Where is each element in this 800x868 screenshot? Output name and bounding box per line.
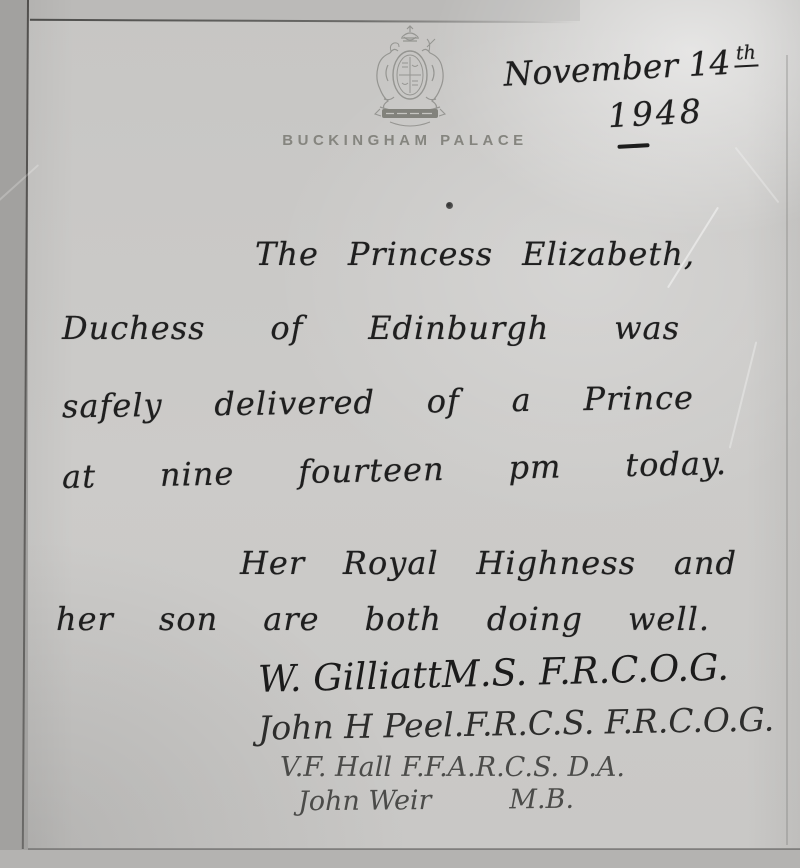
signature-credentials: M.S. F.R.C.O.G. <box>441 646 729 697</box>
royal-coat-of-arms-icon <box>360 25 460 133</box>
signature-name: John Weir <box>298 785 432 817</box>
signature-name: W. Gilliatt <box>258 653 443 701</box>
body-line-2: Duchess of Edinburgh was <box>62 310 680 347</box>
signature-name: V.F. Hall <box>280 752 392 783</box>
body-line-1: The Princess Elizabeth, <box>255 236 695 273</box>
ink-spot <box>446 202 453 209</box>
body-line-5: Her Royal Highness and <box>240 545 737 582</box>
signature-credentials: M.B. <box>509 784 574 816</box>
signature-credentials: F.F.A.R.C.S. D.A. <box>401 752 625 783</box>
date-ordinal-suffix: th <box>733 41 758 67</box>
body-line-6: her son are both doing well. <box>56 601 710 638</box>
signature-credentials: F.R.C.S. F.R.C.O.G. <box>464 700 775 744</box>
signature-name: John H Peel. <box>258 705 465 748</box>
signature-hall: V.F. Hall F.F.A.R.C.S. D.A. <box>280 752 625 783</box>
photo-bottom-margin <box>0 850 800 868</box>
paper-top-shadow <box>28 0 580 21</box>
date-year: 1948 <box>607 88 762 135</box>
letterhead-palace-name: BUCKINGHAM PALACE <box>270 132 540 149</box>
paper-right-edge <box>786 55 788 845</box>
letter-photograph: BUCKINGHAM PALACE November 14th 1948 The… <box>0 0 800 868</box>
signature-peel: John H Peel. F.R.C.S. F.R.C.O.G. <box>258 701 671 747</box>
handwritten-date: November 14th 1948 <box>503 41 763 154</box>
signature-weir: John Weir M.B. <box>298 784 574 817</box>
